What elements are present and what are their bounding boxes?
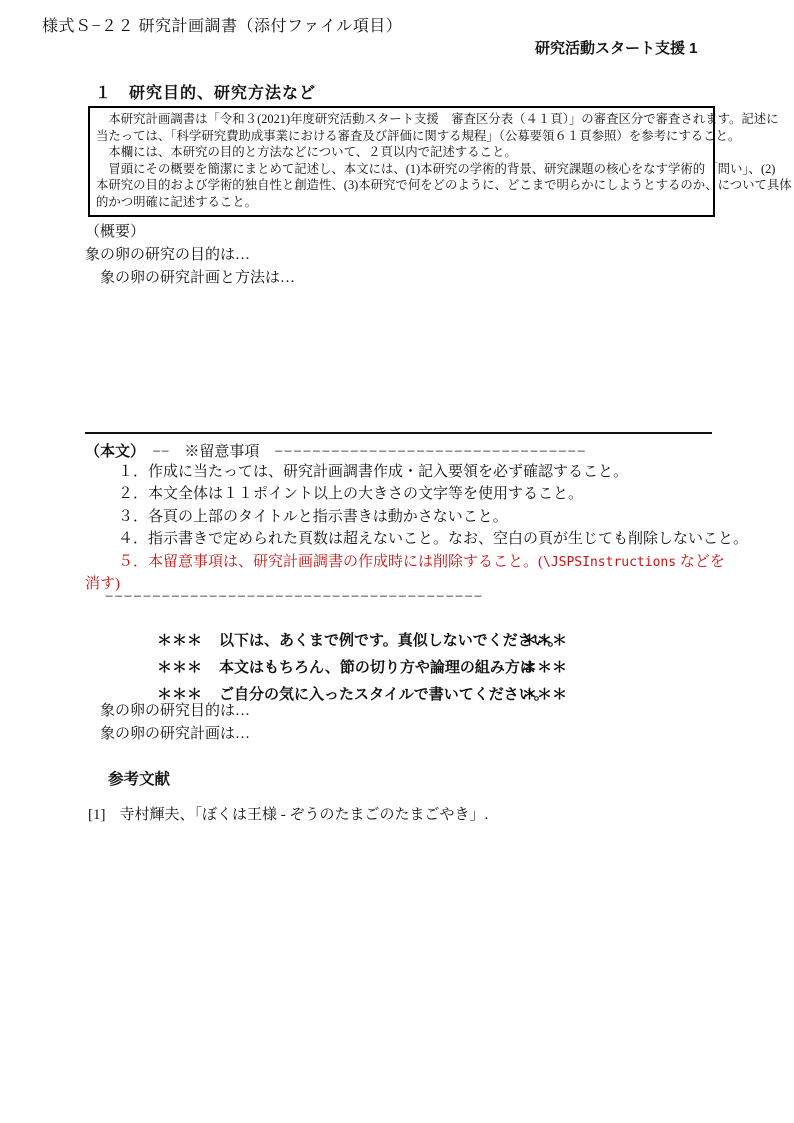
instruction-box: 本研究計画調書は「令和３(2021)年度研究活動スタート支援 審査区分表（４１頁… xyxy=(88,106,715,217)
horizontal-rule xyxy=(85,432,712,434)
notes-list: １．作成に当たっては、研究計画調書作成・記入要領を必ず確認すること。 ２．本文全… xyxy=(118,461,748,550)
reference-marker: [1] xyxy=(88,807,106,824)
example-line: 本文はもちろん、節の切り方や論理の組み方は xyxy=(219,656,522,683)
stars-left: ＊＊＊ xyxy=(157,629,219,656)
stars-right: ＊＊＊ xyxy=(522,629,567,656)
instruction-line: 的かつ明確に記述すること。 xyxy=(96,194,707,211)
page-header-right: 研究活動スタート支援 1 xyxy=(535,37,698,58)
section-heading: １ 研究目的、研究方法など xyxy=(95,80,316,103)
form-label: 様式Ｓ−２２ 研究計画調書（添付ファイル項目） xyxy=(42,13,402,36)
dashed-separator: −−−−−−−−−−−−−−−−−−−−−−−−−−−−−−−−−−−−−−−− xyxy=(105,589,483,606)
notes-header-dashes: −−−−−−−−−−−−−−−−−−−−−−−−−−−−−−−−− xyxy=(274,444,586,460)
summary-text-line: 象の卵の研究計画と方法は… xyxy=(85,266,295,287)
instruction-line: 本欄には、本研究の目的と方法などについて、２頁以内で記述すること。 xyxy=(96,144,707,161)
stars-right: ＊＊＊ xyxy=(522,683,567,710)
references-heading: 参考文献 xyxy=(108,767,170,789)
note-item: ４．指示書きで定められた頁数は超えないこと。なお、空白の頁が生じても削除しないこ… xyxy=(118,528,748,550)
example-body-line: 象の卵の研究計画は… xyxy=(100,722,250,743)
instruction-line: 冒頭にその概要を簡潔にまとめて記述し、本文には、(1)本研究の学術的背景、研究課… xyxy=(96,161,707,178)
note-item: １．作成に当たっては、研究計画調書作成・記入要領を必ず確認すること。 xyxy=(118,461,748,483)
example-line: ご自分の気に入ったスタイルで書いてください。 xyxy=(219,683,522,710)
instruction-line: 当たっては、「科学研究費助成事業における審査及び評価に関する規程」（公募要領６１… xyxy=(96,128,707,145)
note-item-red: ５．本留意事項は、研究計画調書の作成時には削除すること。(\JSPSInstru… xyxy=(118,550,725,571)
summary-text-line: 象の卵の研究の目的は… xyxy=(85,243,250,264)
notes-header-text: −− ※留意事項 xyxy=(138,444,275,460)
stars-left: ＊＊＊ xyxy=(157,656,219,683)
reference-text: 寺村輝夫、「ぼくは王様 - ぞうのたまごのたまごやき」. xyxy=(120,807,489,823)
document-page: { "page": { "form_label": "様式Ｓ−２２ 研究計画調書… xyxy=(0,0,794,1123)
stars-right: ＊＊＊ xyxy=(522,656,567,683)
example-block: ＊＊＊ 以下は、あくまで例です。真似しないでください。 ＊＊＊ ＊＊＊ 本文はも… xyxy=(157,629,567,710)
example-line: 以下は、あくまで例です。真似しないでください。 xyxy=(219,629,522,656)
note-item: ２．本文全体は１１ポイント以上の大きさの文字等を使用すること。 xyxy=(118,483,748,505)
instruction-line: 本研究計画調書は「令和３(2021)年度研究活動スタート支援 審査区分表（４１頁… xyxy=(96,111,707,128)
example-body-line: 象の卵の研究目的は… xyxy=(100,699,250,720)
summary-label: （概要） xyxy=(85,220,145,241)
note-item: ３．各頁の上部のタイトルと指示書きは動かさないこと。 xyxy=(118,506,748,528)
instruction-line: 本研究の目的および学術的独自性と創造性、(3)本研究で何をどのように、どこまで明… xyxy=(96,177,707,194)
reference-item: [1]寺村輝夫、「ぼくは王様 - ぞうのたまごのたまごやき」. xyxy=(88,803,488,824)
main-text-header: （本文） −− ※留意事項 −−−−−−−−−−−−−−−−−−−−−−−−−−… xyxy=(85,440,587,461)
note5-latex-command: \JSPSInstructions xyxy=(543,555,676,570)
note5-suffix: などを xyxy=(676,554,725,570)
main-text-label: （本文） xyxy=(85,443,138,460)
note5-prefix: ５．本留意事項は、研究計画調書の作成時には削除すること。( xyxy=(118,554,543,570)
